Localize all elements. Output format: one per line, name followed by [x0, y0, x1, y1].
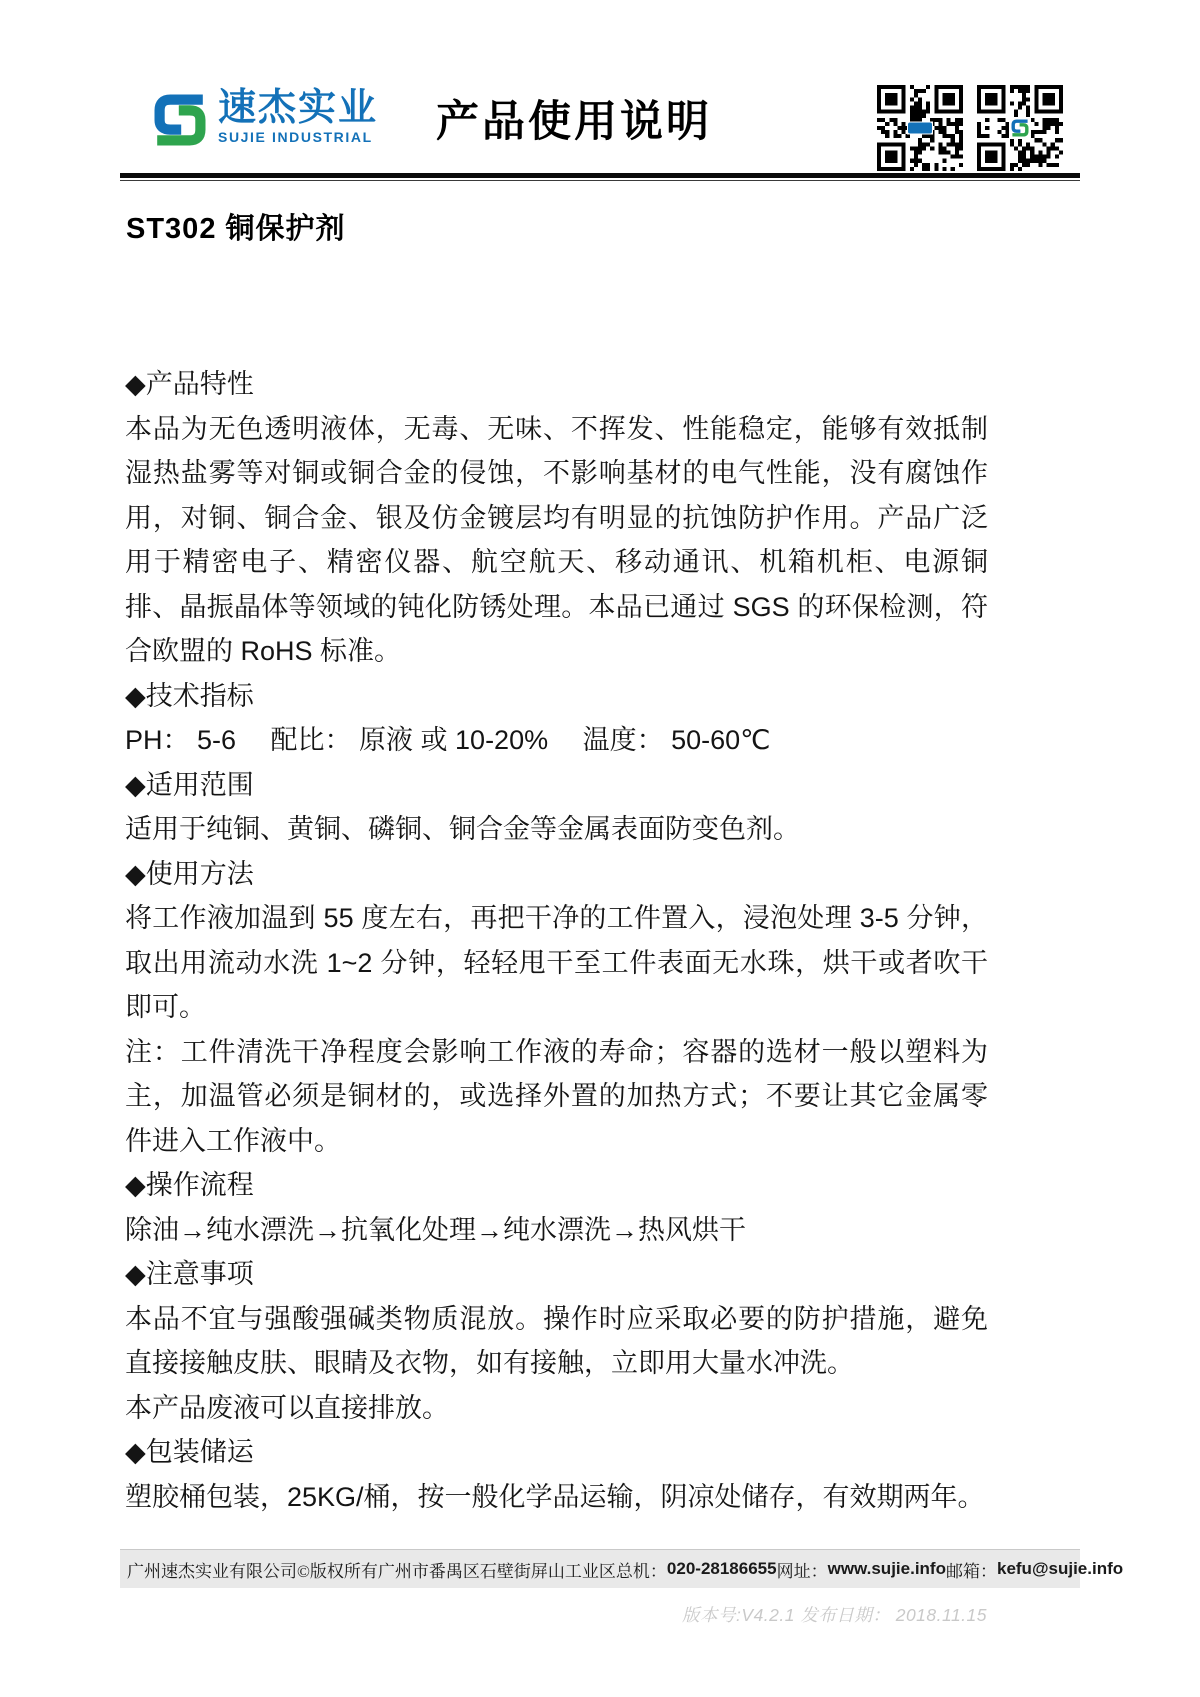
qr-code-website — [977, 85, 1063, 171]
section-precautions: ◆注意事项 本品不宜与强酸强碱类物质混放。操作时应采取必要的防护措施，避免直接接… — [125, 1252, 988, 1430]
footer-phone-label: 总机： — [616, 1557, 667, 1582]
footer-web-label: 网址： — [777, 1557, 828, 1582]
brand-name-cn: 速杰实业 — [218, 88, 378, 128]
section-heading: ◆使用方法 — [125, 852, 988, 897]
section-operation-flow: ◆操作流程 除油→纯水漂洗→抗氧化处理→纯水漂洗→热风烘干 — [125, 1163, 988, 1252]
footer-phone-number: 020-28186655 — [667, 1559, 777, 1579]
brand-name-en: SUJIE INDUSTRIAL — [218, 129, 378, 145]
document-body: ◆产品特性 本品为无色透明液体，无毒、无味、不挥发、性能稳定，能够有效抵制湿热盐… — [125, 362, 988, 1519]
section-paragraph: PH： 5-6 配比： 原液 或 10-20% 温度： 50-60℃ — [125, 718, 988, 763]
section-heading: ◆操作流程 — [125, 1163, 988, 1208]
footer-bar: 广州速杰实业有限公司©版权所有 广州市番禺区石壁街屏山工业区 总机： 020-2… — [120, 1549, 1080, 1588]
section-heading: ◆包装储运 — [125, 1430, 988, 1475]
section-packaging-storage: ◆包装储运 塑胶桶包装，25KG/桶，按一般化学品运输，阴凉处储存，有效期两年。 — [125, 1430, 988, 1519]
section-heading: ◆注意事项 — [125, 1252, 988, 1297]
section-heading: ◆适用范围 — [125, 763, 988, 808]
footer-website: www.sujie.info — [828, 1559, 946, 1579]
section-paragraph: 将工作液加温到 55 度左右，再把干净的工件置入，浸泡处理 3-5 分钟，取出用… — [125, 896, 988, 1030]
section-application-scope: ◆适用范围 适用于纯铜、黄铜、磷铜、铜合金等金属表面防变色剂。 — [125, 763, 988, 852]
section-paragraph: 适用于纯铜、黄铜、磷铜、铜合金等金属表面防变色剂。 — [125, 807, 988, 852]
section-tech-specs: ◆技术指标 PH： 5-6 配比： 原液 或 10-20% 温度： 50-60℃ — [125, 674, 988, 763]
section-paragraph: 本产品废液可以直接排放。 — [125, 1386, 988, 1431]
company-logo-icon — [150, 88, 210, 152]
section-heading: ◆技术指标 — [125, 674, 988, 719]
section-heading: ◆产品特性 — [125, 362, 988, 407]
header-divider — [120, 173, 1080, 181]
footer-email-label: 邮箱： — [946, 1557, 997, 1582]
document-title: 产品使用说明 — [436, 88, 712, 149]
section-product-features: ◆产品特性 本品为无色透明液体，无毒、无味、不挥发、性能稳定，能够有效抵制湿热盐… — [125, 362, 988, 674]
document-page: 速杰实业 SUJIE INDUSTRIAL 产品使用说明 ST302 铜保护剂 … — [0, 0, 1200, 1697]
company-logo: 速杰实业 SUJIE INDUSTRIAL — [150, 88, 378, 152]
qr-center-brand-badge-icon — [907, 122, 933, 135]
version-line: 版本号:V4.2.1 发布日期： 2018.11.15 — [682, 1602, 987, 1627]
product-title: ST302 铜保护剂 — [126, 206, 346, 247]
section-paragraph: 塑胶桶包装，25KG/桶，按一般化学品运输，阴凉处储存，有效期两年。 — [125, 1475, 988, 1520]
section-paragraph: 本品为无色透明液体，无毒、无味、不挥发、性能稳定，能够有效抵制湿热盐雾等对铜或铜… — [125, 407, 988, 674]
section-usage-method: ◆使用方法 将工作液加温到 55 度左右，再把干净的工件置入，浸泡处理 3-5 … — [125, 852, 988, 1164]
qr-center-s-logo-icon — [1009, 117, 1031, 139]
section-paragraph: 除油→纯水漂洗→抗氧化处理→纯水漂洗→热风烘干 — [125, 1208, 988, 1253]
section-paragraph: 注：工件清洗干净程度会影响工作液的寿命；容器的选材一般以塑料为主，加温管必须是铜… — [125, 1030, 988, 1164]
qr-code-wechat — [877, 85, 963, 171]
brand-wordmark: 速杰实业 SUJIE INDUSTRIAL — [218, 88, 378, 145]
section-paragraph: 本品不宜与强酸强碱类物质混放。操作时应采取必要的防护措施，避免直接接触皮肤、眼睛… — [125, 1297, 988, 1386]
footer-email: kefu@sujie.info — [997, 1559, 1123, 1579]
footer-address: 广州市番禺区石壁街屏山工业区 — [378, 1557, 616, 1582]
footer-company: 广州速杰实业有限公司©版权所有 — [127, 1557, 378, 1582]
